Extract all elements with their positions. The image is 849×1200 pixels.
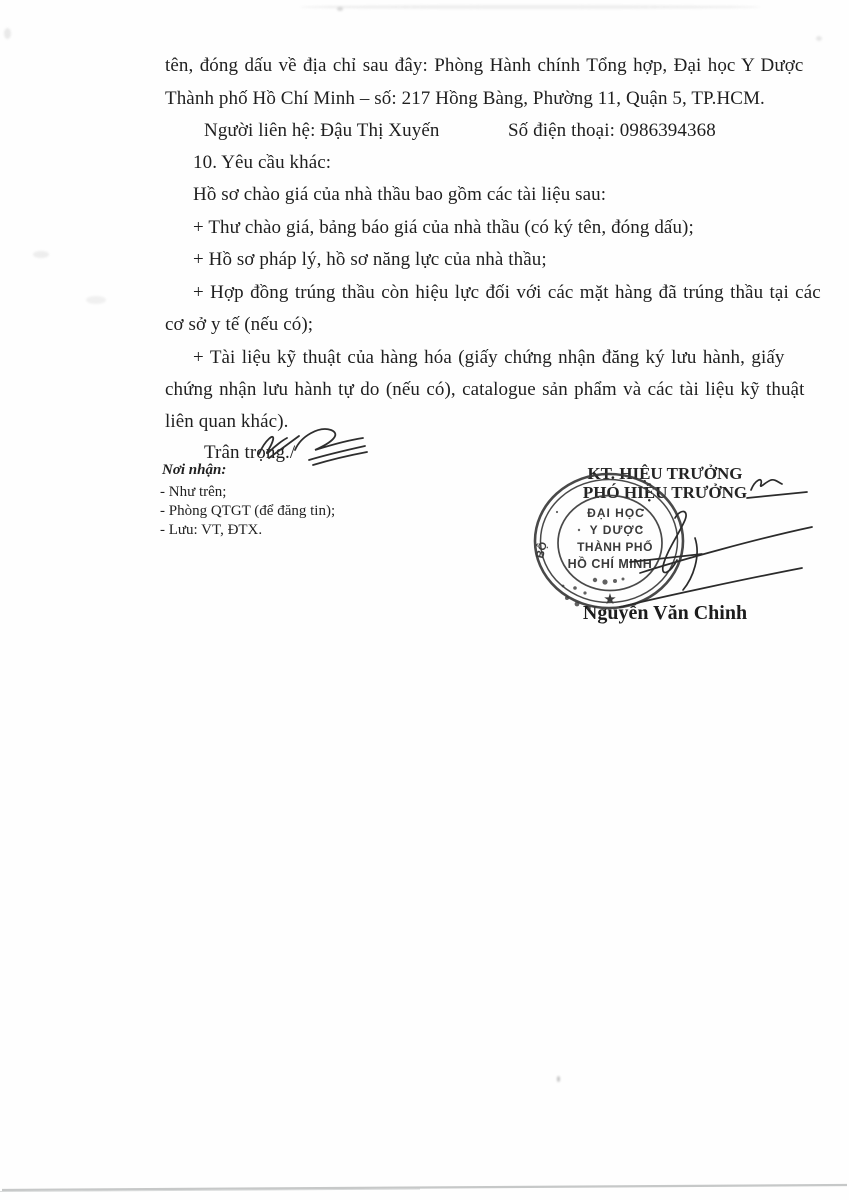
signer-signature-scribble: [620, 511, 812, 607]
contact-name-line: Người liên hệ: Đậu Thị Xuyến: [204, 119, 439, 142]
stamp-line2: Y DƯỢC: [590, 523, 645, 537]
scan-noise: [300, 5, 760, 9]
doc-line: tên, đóng dấu về địa chỉ sau đây: Phòng …: [165, 54, 803, 77]
scan-noise: [816, 36, 822, 41]
doc-line: 10. Yêu cầu khác:: [193, 151, 331, 174]
official-stamp: ĐẠI HỌC Y DƯỢC THÀNH PHỐ HỒ CHÍ MINH BỘ …: [515, 438, 849, 653]
doc-line: + Hợp đồng trúng thầu còn hiệu lực đối v…: [193, 281, 821, 304]
doc-line: Thành phố Hồ Chí Minh – số: 217 Hồng Bàn…: [165, 87, 765, 110]
scan-noise: [557, 1076, 560, 1082]
recipient-item: - Lưu: VT, ĐTX.: [160, 521, 262, 540]
scan-edge-line: [0, 1178, 849, 1200]
scan-noise: [33, 251, 49, 258]
document-page: tên, đóng dấu về địa chỉ sau đây: Phòng …: [0, 0, 849, 1200]
stamp-line4: HỒ CHÍ MINH: [568, 556, 653, 571]
title-initial-mark: [747, 480, 807, 498]
doc-line: chứng nhận lưu hành tự do (nếu có), cata…: [165, 378, 804, 401]
scan-noise: [86, 296, 106, 304]
star-icon: ★: [603, 591, 616, 608]
stamp-line1: ĐẠI HỌC: [587, 506, 645, 520]
recipient-item: - Như trên;: [160, 483, 226, 502]
scan-noise: [337, 7, 343, 11]
contact-phone-line: Số điện thoại: 0986394368: [508, 119, 716, 142]
scan-noise: [4, 28, 11, 39]
doc-line: Hồ sơ chào giá của nhà thầu bao gồm các …: [193, 183, 606, 206]
closing-signature-scribble: [243, 412, 393, 472]
doc-line: + Hồ sơ pháp lý, hồ sơ năng lực của nhà …: [193, 248, 547, 271]
recipients-heading: Nơi nhận:: [162, 462, 226, 479]
stamp-line3: THÀNH PHỐ: [577, 539, 653, 554]
doc-line: + Thư chào giá, bảng báo giá của nhà thầ…: [193, 216, 694, 239]
doc-line: + Tài liệu kỹ thuật của hàng hóa (giấy c…: [193, 346, 784, 369]
recipient-item: - Phòng QTGT (để đăng tin);: [160, 502, 335, 521]
doc-line: cơ sở y tế (nếu có);: [165, 313, 313, 336]
